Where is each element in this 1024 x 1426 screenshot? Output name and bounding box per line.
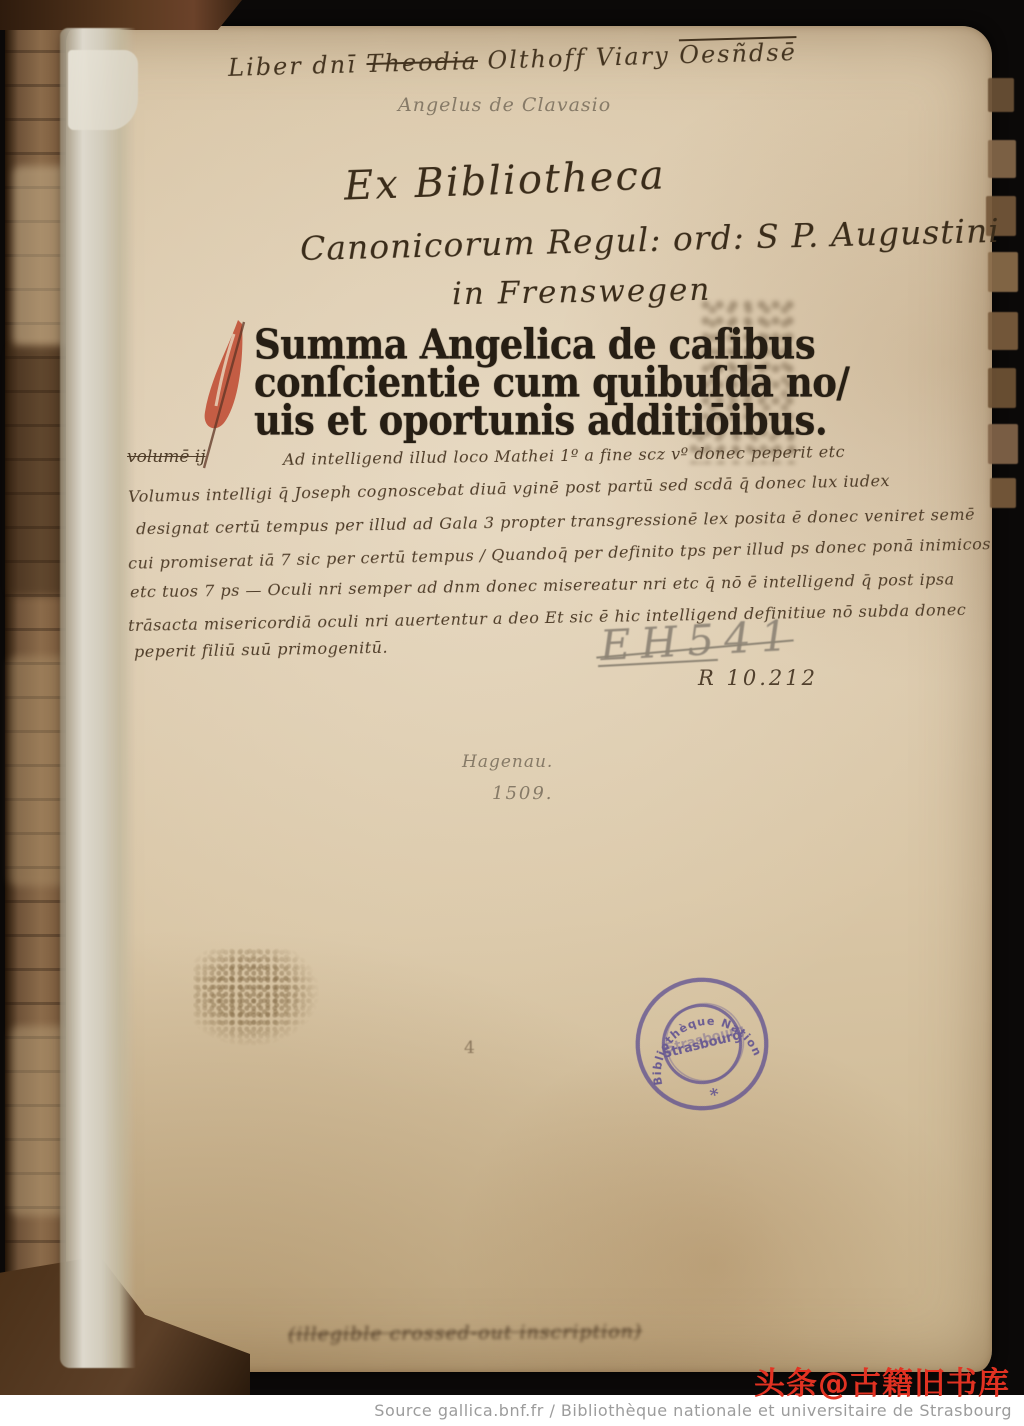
pencil-year-note: 1509. [492, 783, 554, 804]
page-edge-tab [988, 252, 1018, 292]
page-edge-tab [988, 368, 1016, 408]
binding-fragment-top [0, 0, 242, 30]
shelfmark: R 10.212 [698, 666, 818, 690]
printed-title-line3: uis et oportunis additiōibus. [254, 396, 827, 444]
bottom-scribble: (illegible crossed-out inscription) [288, 1320, 643, 1345]
author-pencil-note: Angelus de Clavasio [398, 94, 611, 116]
ownership-part2-struck: Theodia [366, 47, 478, 78]
watermark-text: 头条@古籍旧书库 [754, 1358, 1010, 1403]
pencil-place-note: Hagenau. [462, 752, 553, 772]
scanned-book-photo: Liber dnī Theodia Olthoff Viary Oesñdsē … [0, 0, 1024, 1426]
page-edge-tab [988, 78, 1014, 112]
page-edge-tab [988, 140, 1016, 178]
page-edge-tab [988, 312, 1018, 350]
margin-note-struck: volumē ij [127, 447, 206, 467]
ownership-part4-struck: Oesñdsē [679, 38, 797, 69]
ownership-part1: Liber dnī [228, 50, 358, 82]
gutter-fold-flap [68, 50, 138, 130]
stamp-star: * [708, 1084, 722, 1106]
page-edge-tab [990, 478, 1016, 508]
page-gutter-fold [60, 28, 136, 1368]
page-edge-tab [988, 424, 1018, 464]
ownership-part3: Olthoff Viary [487, 42, 670, 75]
faint-pencil-mark: 4 [464, 1038, 475, 1058]
ex-libris-line3: in Frenswegen [452, 272, 712, 313]
ink-stain [193, 948, 319, 1046]
